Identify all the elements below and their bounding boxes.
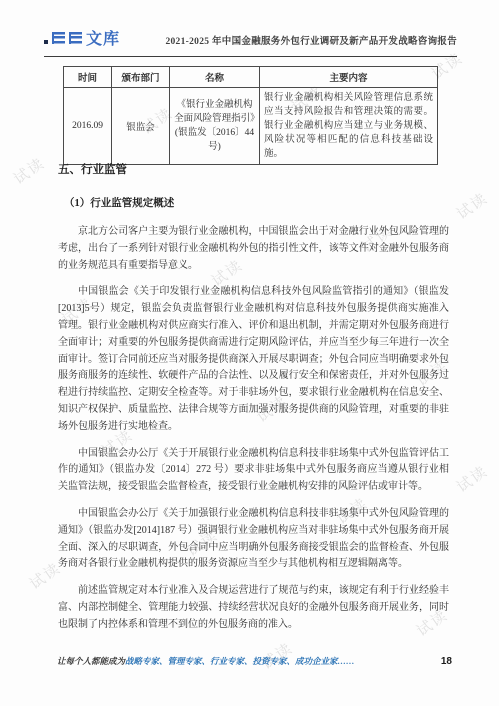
page-header: 文库 2021-2025 年中国金融服务外包行业调研及新产品开发战略咨询报告 <box>44 26 457 57</box>
cell-name: 《银行业金融机构全面风险管理指引》(银监发〔2016〕44 号) <box>170 88 260 165</box>
paragraph: 京北方公司客户主要为银行业金融机构，中国银监会出于对金融行业外包风险管理的考虑，… <box>58 224 449 274</box>
logo-block-icon <box>52 32 65 44</box>
document-page: 试读 试读 试读 试读 试读 试读 试读 试读 试读 试读 试读 试读 试读 试… <box>0 0 499 706</box>
column-header-time: 时间 <box>64 67 112 88</box>
cell-main: 银行业金融机构相关风险管理信息系统应当支持风险报告和管理决策的需要。银行业金融机… <box>260 88 438 165</box>
paragraph: 中国银监会《关于印发银行业金融机构信息科技外包风险监管指引的通知》（银监发[20… <box>58 284 449 435</box>
paragraph: 前述监管规定对本行业准入及合规运营进行了规范与约束，该规定有利于行业经验丰富、内… <box>58 583 449 633</box>
page-number: 18 <box>441 656 452 667</box>
logo-block-icon <box>69 32 82 44</box>
logo-text: 文库 <box>86 26 120 49</box>
page-footer: 让每个人都能成为战略专家、管理专家、行业专家、投资专家、成功企业家…… 18 <box>57 655 452 667</box>
cell-dept: 银监会 <box>112 88 170 165</box>
subsection-heading: （1）行业监管规定概述 <box>64 195 174 210</box>
section-heading: 五、行业监管 <box>58 161 127 177</box>
footer-slogan-prefix: 让每个人都能成为 <box>57 656 125 666</box>
brand-logo: 文库 <box>44 26 120 49</box>
paragraph: 中国银监会办公厅《关于加强银行业金融机构信息科技非驻场集中式外包风险管理的通知》… <box>58 506 449 573</box>
footer-slogan: 让每个人都能成为战略专家、管理专家、行业专家、投资专家、成功企业家…… <box>57 655 355 667</box>
column-header-name: 名称 <box>170 67 260 88</box>
report-title: 2021-2025 年中国金融服务外包行业调研及新产品开发战略咨询报告 <box>165 33 457 49</box>
table-row: 2016.09 银监会 《银行业金融机构全面风险管理指引》(银监发〔2016〕4… <box>64 88 438 165</box>
paragraph: 中国银监会办公厅《关于开展银行业金融机构信息科技非驻场集中式外包监管评估工作的通… <box>58 446 449 496</box>
cell-time: 2016.09 <box>64 88 112 165</box>
regulation-table: 时间 颁布部门 名称 主要内容 2016.09 银监会 《银行业金融机构全面风险… <box>63 66 438 165</box>
column-header-dept: 颁布部门 <box>112 67 170 88</box>
column-header-main: 主要内容 <box>260 67 438 88</box>
body-text: 京北方公司客户主要为银行业金融机构，中国银监会出于对金融行业外包风险管理的考虑，… <box>58 224 449 644</box>
content-layer: 文库 2021-2025 年中国金融服务外包行业调研及新产品开发战略咨询报告 时… <box>0 0 499 706</box>
footer-slogan-highlight: 战略专家、管理专家、行业专家、投资专家、成功企业家…… <box>125 656 355 666</box>
logo-dot-icon <box>44 40 48 44</box>
table-header-row: 时间 颁布部门 名称 主要内容 <box>64 67 438 88</box>
